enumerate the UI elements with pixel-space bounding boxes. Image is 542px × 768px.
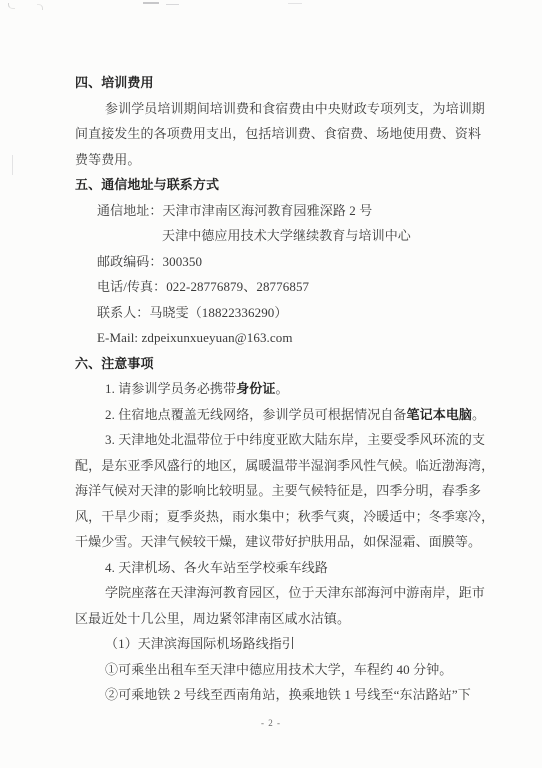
note-2-text: 2. 住宿地点覆盖无线网络，参训学员可根据情况自备	[105, 407, 407, 422]
scan-artifact	[37, 4, 43, 10]
note-item-2: 2. 住宿地点覆盖无线网络，参训学员可根据情况自备笔记本电脑。	[75, 402, 495, 428]
note-1-emphasis-id-card: 身份证	[236, 381, 275, 396]
airport-route-taxi: ①可乘坐出租车至天津中德应用技术大学，车程约 40 分钟。	[75, 657, 495, 683]
scan-artifact	[166, 4, 179, 5]
note-1-text: 1. 请参训学员务必携带	[105, 381, 236, 396]
page-content: 四、培训费用 参训学员培训期间培训费和食宿费由中央财政专项列支，为培训期 间直接…	[75, 70, 495, 708]
fees-paragraph-line-2: 间直接发生的各项费用支出，包括培训费、食宿费、场地使用费、资料	[75, 121, 495, 147]
contact-address-line-2: 天津中德应用技术大学继续教育与培训中心	[75, 223, 495, 249]
note-2-period: 。	[472, 407, 485, 422]
page-number: - 2 -	[0, 718, 542, 728]
contact-email: E-Mail: zdpeixunxueyuan@163.com	[75, 325, 495, 351]
note-item-3-line-4: 风，干旱少雨；夏季炎热，雨水集中；秋季气爽，冷暖适中；冬季寒冷，	[75, 504, 495, 530]
note-item-3-line-3: 海洋气候对天津的影响比较明显。主要气候特征是，四季分明，春季多	[75, 478, 495, 504]
note-item-4-title: 4. 天津机场、各火车站至学校乘车线路	[75, 555, 495, 581]
section-heading-training-fees: 四、培训费用	[75, 70, 495, 96]
note-2-emphasis-laptop: 笔记本电脑	[407, 407, 473, 422]
contact-postcode: 邮政编码：300350	[75, 249, 495, 275]
note-item-1: 1. 请参训学员务必携带身份证。	[75, 376, 495, 402]
section-heading-contact: 五、通信地址与联系方式	[75, 172, 495, 198]
note-1-period: 。	[276, 381, 289, 396]
scan-artifact	[288, 3, 302, 4]
contact-phone-fax: 电话/传真：022-28776879、28776857	[75, 274, 495, 300]
note-item-4-line-1: 学院座落在天津海河教育园区，位于天津东部海河中游南岸，距市	[75, 580, 495, 606]
fees-paragraph-line-1: 参训学员培训期间培训费和食宿费由中央财政专项列支，为培训期	[75, 96, 495, 122]
contact-address-line-1: 通信地址：天津市津南区海河教育园雅深路 2 号	[75, 198, 495, 224]
scan-artifact	[143, 2, 159, 4]
note-item-4-line-2: 区最近处十几公里，周边紧邻津南区咸水沽镇。	[75, 606, 495, 632]
note-item-3-line-5: 干燥少雪。天津气候较干燥，建议带好护肤用品，如保湿霜、面膜等。	[75, 529, 495, 555]
contact-person: 联系人：马晓雯（18822336290）	[75, 300, 495, 326]
section-heading-notes: 六、注意事项	[75, 351, 495, 377]
airport-route-metro: ②可乘地铁 2 号线至西南角站，换乘地铁 1 号线至“东沽路站”下	[75, 682, 495, 708]
fees-paragraph-line-3: 费等费用。	[75, 147, 495, 173]
scan-artifact	[8, 3, 15, 9]
airport-route-title: （1）天津滨海国际机场路线指引	[75, 631, 495, 657]
note-item-3-line-2: 配，是东亚季风盛行的地区，属暖温带半湿润季风性气候。临近渤海湾，	[75, 453, 495, 479]
scanned-document-page: 四、培训费用 参训学员培训期间培训费和食宿费由中央财政专项列支，为培训期 间直接…	[0, 0, 542, 768]
note-item-3-line-1: 3. 天津地处北温带位于中纬度亚欧大陆东岸，主要受季风环流的支	[75, 427, 495, 453]
scan-artifact	[12, 155, 13, 175]
